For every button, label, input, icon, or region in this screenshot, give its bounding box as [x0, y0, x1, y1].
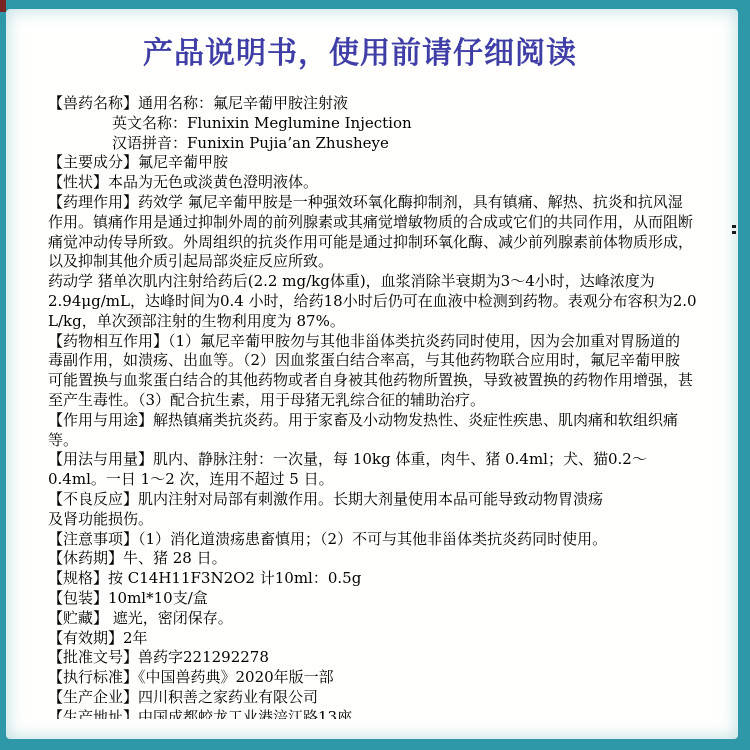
- document-line: 【有效期】2年: [48, 629, 738, 649]
- document-line: 【注意事项】（1）消化道溃疡患畜慎用；（2）不可与其他非甾体类抗炎药同时使用。: [48, 530, 738, 550]
- document-line: 汉语拼音：Funixin Pujia’an Zhusheye: [48, 134, 738, 154]
- document-line: 2.94μg/mL，达峰时间为0.4 小时，给药18小时后仍可在血液中检测到药物…: [48, 292, 738, 312]
- document-line: L/kg，单次颈部注射的生物利用度为 87%。: [48, 312, 738, 332]
- document-line: 及肾功能损伤。: [48, 510, 738, 530]
- document-line: 英文名称：Flunixin Meglumine Injection: [48, 114, 738, 134]
- document-line: 【生产地址】中国成都蛟龙工业港涪江路13座: [48, 708, 738, 719]
- document-line: 毒副作用，如溃疡、出血等。（2）因血浆蛋白结合率高，与其他药物联合应用时，氟尼辛…: [48, 351, 738, 371]
- document-line: 【生产企业】四川积善之家药业有限公司: [48, 688, 738, 708]
- document-line: 【不良反应】肌内注射对局部有刺激作用。长期大剂量使用本品可能导致动物胃溃疡: [48, 490, 738, 510]
- scan-artifact-top-left: [0, 0, 6, 12]
- leaflet-title: 产品说明书，使用前请仔细阅读: [143, 37, 577, 70]
- document-line: 药动学 猪单次肌内注射给药后(2.2 mg/kg体重)，血浆消除半衰期为3～4小…: [48, 272, 738, 292]
- document-line: 0.4ml。一日 1～2 次，连用不超过 5 日。: [48, 470, 738, 490]
- document-line: 至产生毒性。（3）配合抗生素，用于母猪无乳综合征的辅助治疗。: [48, 391, 738, 411]
- document-line: 【性状】本品为无色或淡黄色澄明液体。: [48, 173, 738, 193]
- document-line: 作用。镇痛作用是通过抑制外周的前列腺素或其痛觉增敏物质的合成或它们的共同作用，从…: [48, 213, 738, 233]
- document-line: 【贮藏】 遮光，密闭保存。: [48, 609, 738, 629]
- leaflet-body-text: 【兽药名称】通用名称：氟尼辛葡甲胺注射液英文名称：Flunixin Meglum…: [48, 94, 738, 719]
- document-line: 【主要成分】氟尼辛葡甲胺: [48, 153, 738, 173]
- document-line: 【批准文号】兽药字221292278: [48, 648, 738, 668]
- document-line: 【执行标准】《中国兽药典》2020年版一部: [48, 668, 738, 688]
- document-line: 【药物相互作用】（1）氟尼辛葡甲胺勿与其他非甾体类抗炎药同时使用，因为会加重对胃…: [48, 332, 738, 352]
- leaflet-header: 产品说明书，使用前请仔细阅读: [30, 28, 690, 72]
- document-line: 【规格】按 C14H11F3N2O2 计10ml：0.5g: [48, 569, 738, 589]
- product-leaflet-page: 产品说明书，使用前请仔细阅读 【兽药名称】通用名称：氟尼辛葡甲胺注射液英文名称：…: [0, 0, 750, 750]
- document-line: 【用法与用量】肌内、静脉注射：一次量，每 10kg 体重，肉牛、猪 0.4ml；…: [48, 450, 738, 470]
- document-line: 【包装】10ml*10支/盒: [48, 589, 738, 609]
- document-line: 【兽药名称】通用名称：氟尼辛葡甲胺注射液: [48, 94, 738, 114]
- document-line: 【作用与用途】解热镇痛类抗炎药。用于家畜及小动物发热性、炎症性疾患、肌肉痛和软组…: [48, 411, 738, 431]
- document-line: 【休药期】牛、猪 28 日。: [48, 549, 738, 569]
- document-line: 以及抑制其他介质引起局部炎症反应所致。: [48, 252, 738, 272]
- document-line: 可能置换与血浆蛋白结合的其他药物或者自身被其他药物所置换，导致被置换的药物作用增…: [48, 371, 738, 391]
- document-line: 痛觉冲动传导所致。外周组织的抗炎作用可能是通过抑制环氧化酶、减少前列腺素前体物质…: [48, 233, 738, 253]
- document-line: 等。: [48, 431, 738, 451]
- document-line: 【药理作用】药效学 氟尼辛葡甲胺是一种强效环氧化酶抑制剂，具有镇痛、解热、抗炎和…: [48, 193, 738, 213]
